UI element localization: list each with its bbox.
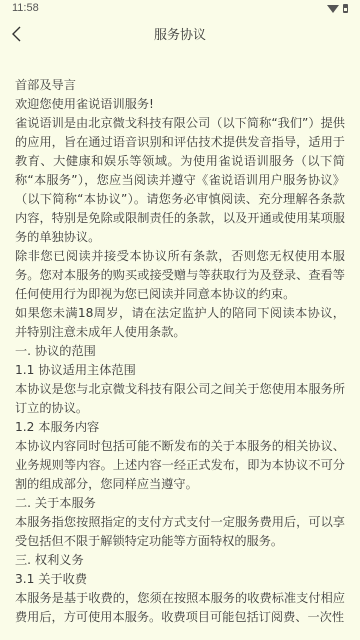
subsection-heading: 3.1 关于收费 <box>15 570 345 589</box>
battery-icon <box>343 4 348 13</box>
status-time: 11:58 <box>12 2 39 14</box>
section-heading: 二. 关于本服务 <box>15 494 345 513</box>
subsection-heading: 1.1 协议适用主体范围 <box>15 361 345 380</box>
intro-paragraph: 雀说语训是由北京微戈科技有限公司（以下简称“我们”）提供的应用，旨在通过语音识别… <box>15 114 345 247</box>
agreement-content[interactable]: 首部及导言 欢迎您使用雀说语训服务! 雀说语训是由北京微戈科技有限公司（以下简称… <box>15 76 345 627</box>
section-heading: 一. 协议的范围 <box>15 342 345 361</box>
section-heading: 三. 权利义务 <box>15 551 345 570</box>
welcome-text: 欢迎您使用雀说语训服务! <box>15 95 345 114</box>
minor-paragraph: 如果您未满18周岁，请在法定监护人的陪同下阅读本协议，并特别注意未成年人使用条款… <box>15 304 345 342</box>
body-paragraph: 本服务指您按照指定的支付方式支付一定服务费用后，可以享受包括但不限于解锁特定功能… <box>15 513 345 551</box>
body-paragraph: 本协议是您与北京微戈科技有限公司之间关于您使用本服务所订立的协议。 <box>15 380 345 418</box>
section-heading: 首部及导言 <box>15 76 345 95</box>
page-title: 服务协议 <box>0 24 360 43</box>
body-paragraph: 本服务是基于收费的，您须在按照本服务的收费标准支付相应费用后，方可使用本服务。收… <box>15 589 345 627</box>
subsection-heading: 1.2 本服务内容 <box>15 418 345 437</box>
status-icons <box>327 4 348 13</box>
status-bar: 11:58 <box>0 0 360 20</box>
acceptance-paragraph: 除非您已阅读并接受本协议所有条款，否则您无权使用本服务。您对本服务的购买或接受赠… <box>15 247 345 304</box>
wifi-icon <box>327 5 339 13</box>
body-paragraph: 本协议内容同时包括可能不断发布的关于本服务的相关协议、业务规则等内容。上述内容一… <box>15 437 345 494</box>
app-bar: 服务协议 <box>0 20 360 48</box>
